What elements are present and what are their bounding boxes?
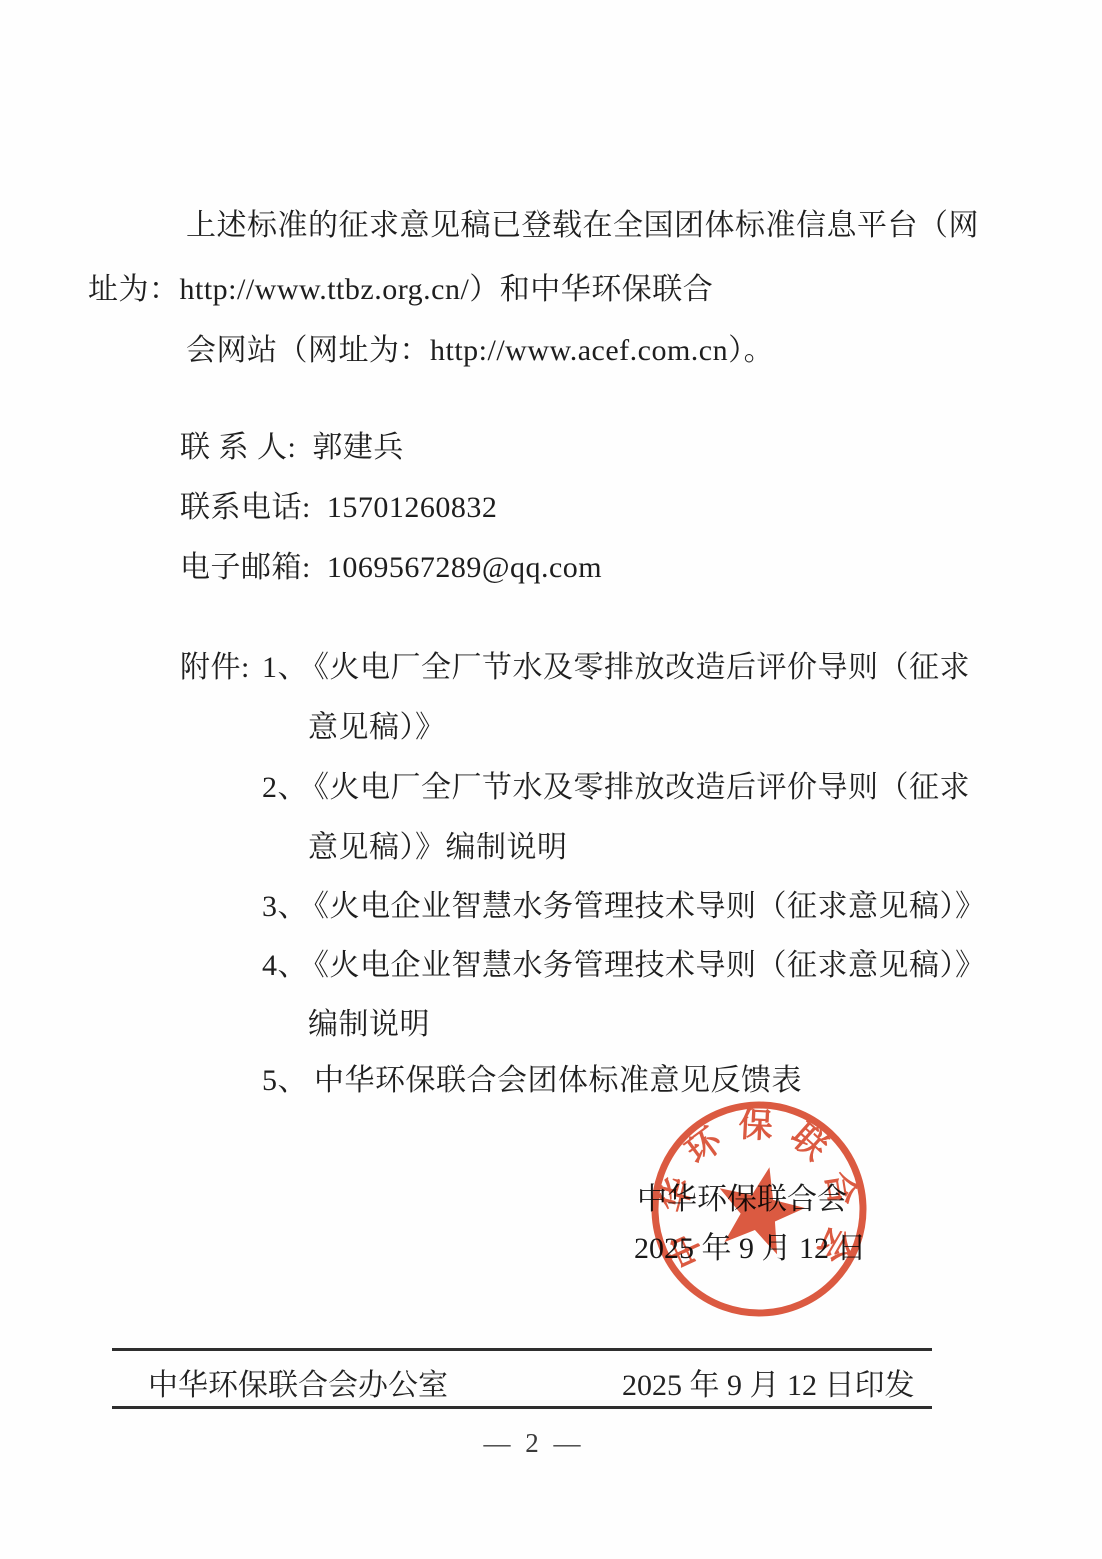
seal-star-icon: [719, 1166, 807, 1256]
official-seal: 中华环保联合会: [640, 1090, 878, 1328]
attachment-item-5-text: 中华环保联合会团体标准意见反馈表: [314, 1064, 802, 1097]
page-number: — 2 —: [434, 1428, 634, 1459]
attachment-item-4-text: 《火电企业智慧水务管理技术导则（征求意见稿）》: [314, 949, 986, 982]
attachment-item-4-line-2: 编制说明: [308, 1007, 430, 1043]
contact-phone-value: 15701260832: [327, 491, 498, 524]
contact-phone-label: 联系电话:: [180, 491, 311, 524]
contact-person-row: 联 系 人:郭建兵: [180, 430, 404, 466]
contact-email-value: 1069567289@qq.com: [327, 551, 602, 584]
attachment-item-1-line-2: 意见稿）》: [308, 710, 446, 746]
body-paragraph-line-2: 址为：http://www.ttbz.org.cn/）和中华环保联合: [88, 272, 713, 308]
footer-bottom-rule: [112, 1406, 932, 1409]
attachment-item-3-line-1: 3、《火电企业智慧水务管理技术导则（征求意见稿）》: [262, 889, 986, 925]
attachment-item-5-number: 5、: [262, 1064, 308, 1097]
attachment-item-4-line-1: 4、《火电企业智慧水务管理技术导则（征求意见稿）》: [262, 948, 986, 984]
contact-phone-row: 联系电话:15701260832: [180, 490, 497, 526]
attachment-item-5-line-1: 5、中华环保联合会团体标准意见反馈表: [262, 1063, 802, 1099]
attachment-item-4-number: 4、: [262, 949, 308, 982]
attachments-label: 附件:: [180, 650, 250, 686]
footer-print-date: 2025 年 9 月 12 日印发: [622, 1360, 915, 1404]
document-page: 上述标准的征求意见稿已登载在全国团体标准信息平台（网 址为：http://www…: [0, 0, 1102, 1559]
attachment-item-3-number: 3、: [262, 890, 308, 923]
attachment-item-2-number: 2、: [262, 771, 308, 804]
attachment-item-1-text: 《火电厂全厂节水及零排放改造后评价导则（征求: [314, 651, 970, 684]
attachment-item-1-line-1: 1、《火电厂全厂节水及零排放改造后评价导则（征求: [262, 650, 970, 686]
contact-email-label: 电子邮箱:: [180, 551, 311, 584]
attachment-item-1-number: 1、: [262, 651, 308, 684]
contact-person-value: 郭建兵: [312, 431, 404, 464]
body-paragraph-line-3: 会网站（网址为：http://www.acef.com.cn）。: [186, 333, 774, 369]
attachment-item-3-text: 《火电企业智慧水务管理技术导则（征求意见稿）》: [314, 890, 986, 923]
body-paragraph-line-1: 上述标准的征求意见稿已登载在全国团体标准信息平台（网: [186, 208, 979, 244]
attachment-item-2-text: 《火电厂全厂节水及零排放改造后评价导则（征求: [314, 771, 970, 804]
footer-top-rule: [112, 1348, 932, 1351]
contact-email-row: 电子邮箱:1069567289@qq.com: [180, 550, 602, 586]
attachment-item-2-line-1: 2、《火电厂全厂节水及零排放改造后评价导则（征求: [262, 770, 970, 806]
attachment-item-2-line-2: 意见稿）》编制说明: [308, 830, 568, 866]
contact-person-label: 联 系 人:: [180, 431, 296, 464]
footer-issuer: 中华环保联合会办公室: [148, 1360, 448, 1404]
